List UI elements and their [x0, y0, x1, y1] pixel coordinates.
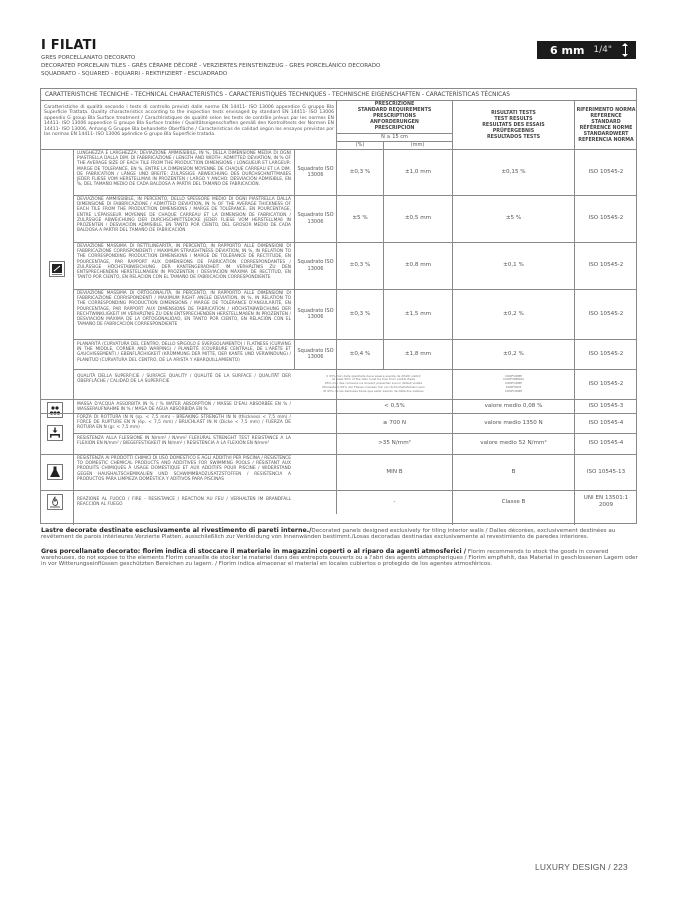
subtitle-line-3: SQUADRATO - SQUARED - EQUARRI - REKTIFIZ…	[41, 70, 227, 78]
requirement-line: El 95% de las baldosas tiene que estar e…	[323, 390, 423, 394]
row-11-result: Classe B	[453, 490, 574, 514]
row-9-reference: ISO 10545-4	[575, 433, 637, 454]
row-2-pct: ±5 %	[337, 195, 383, 242]
row-10-requirement: MIN B	[337, 454, 452, 490]
row-3-description: DEVIAZIONE MASSIMA DI RETTILINEARITÀ, IN…	[77, 244, 291, 280]
thickness-inch: 1/4"	[593, 45, 612, 55]
row-7-description: MASSA D'ACQUA ASSORBITA IN % / % WATER A…	[77, 402, 291, 412]
row-6-result: CONFORME CONFORMING CONFORME KONFORM CON…	[453, 369, 574, 399]
result-line: CONFORME	[505, 390, 522, 394]
row-2-description: DEVIAZIONE AMMISSIBILE, IN PERCENTO, DEL…	[77, 197, 291, 233]
row-6-reference: ISO 10545-2	[575, 369, 637, 399]
subtitle-line-2: DECORATED PORCELAIN TILES - GRÈS CÉRAME …	[41, 62, 380, 70]
water-drops-icon	[47, 402, 63, 418]
row-11-description: REAZIONE AL FUOCO / FIRE - RESISTANCE / …	[77, 497, 291, 507]
row-9-description: RESISTENZA ALLA FLESSIONE IN N/mm² / N/m…	[77, 436, 291, 446]
header-line: REFERENCE STANDARD	[575, 114, 637, 126]
table-intro: Caratteristiche di qualità secondo i tes…	[44, 105, 334, 137]
row-4-condition: Squadrato ISO 13006	[295, 289, 336, 339]
row-4-mm: ±1,5 mm	[384, 289, 452, 339]
header-line: REFERENCIA NORMA	[578, 138, 633, 144]
page-title: I FILATI	[41, 38, 97, 53]
note-wall-use: Lastre decorate destinate esclusivamente…	[41, 528, 638, 540]
reference-header: RIFERIMENTO NORMA REFERENCE STANDARD RÉF…	[575, 102, 637, 149]
row-11-reference: UNI EN 13501:1 2009	[575, 490, 637, 514]
row-8-description: FORZA DI ROTTURA IN N (sp. < 7,5 mm) - B…	[77, 415, 291, 431]
row-8-requirement: ≥ 700 N	[337, 413, 452, 433]
thickness-mm: 6 mm	[550, 44, 584, 57]
row-1-condition: Squadrato ISO 13006	[295, 149, 336, 195]
page-footer: LUXURY DESIGN / 223	[535, 862, 628, 872]
row-2-mm: ±0,5 mm	[384, 195, 452, 242]
row-7-result: valore medio 0,08 %	[453, 399, 574, 413]
row-5-reference: ISO 10545-2	[575, 339, 637, 369]
row-5-mm: ±1,8 mm	[384, 339, 452, 369]
row-6-requirement: Il 95% min delle piastrelle deve essere …	[295, 369, 452, 399]
row-5-description: PLANARITÀ (CURVATURA DEL CENTRO, DELLO S…	[77, 342, 291, 363]
straightness-square-icon	[49, 261, 65, 277]
row-5-condition: Squadrato ISO 13006	[295, 339, 336, 369]
flexural-strength-icon	[47, 425, 63, 441]
row-1-result: ±0,15 %	[453, 149, 574, 195]
results-header: RISULTATI TESTS TEST RESULTS RESULTATS D…	[453, 102, 574, 149]
row-3-pct: ±0,3 %	[337, 242, 383, 289]
row-10-result: B	[453, 454, 574, 490]
unit-mm: (mm)	[383, 141, 452, 149]
row-5-result: ±0,2 %	[453, 339, 574, 369]
row-4-description: DEVIAZIONE MASSIMA DI ORTOGONALITÀ, IN P…	[77, 291, 291, 327]
row-7-requirement: < 0,5%	[337, 399, 452, 413]
chemical-flask-icon	[47, 464, 63, 480]
row-5-pct: ±0,4 %	[337, 339, 383, 369]
thickness-badge: 6 mm 1/4"	[537, 41, 636, 59]
note-storage-bold: Gres porcellanato decorato: florim indic…	[41, 548, 466, 555]
unit-percent: (%)	[337, 141, 383, 149]
note-storage: Gres porcellanato decorato: florim indic…	[41, 549, 638, 568]
technical-characteristics-table: CARATTERISTICHE TECNICHE - TECHNICAL CHA…	[40, 88, 637, 524]
row-3-result: ±0,1 %	[453, 242, 574, 289]
row-9-result: valore medio 52 N/mm²	[453, 433, 574, 454]
row-1-reference: ISO 10545-2	[575, 149, 637, 195]
row-8-reference: ISO 10545-4	[575, 413, 637, 433]
row-1-pct: ±0,3 %	[337, 149, 383, 195]
row-4-pct: ±0,3 %	[337, 289, 383, 339]
fire-reaction-icon	[47, 494, 63, 510]
row-10-description: RESISTENZA AI PRODOTTI CHIMICI DI USO DO…	[77, 456, 291, 482]
row-9-requirement: >35 N/mm²	[337, 433, 452, 454]
subtitle-line-1: GRES PORCELLANATO DECORATO	[41, 54, 135, 62]
row-6-description: QUALITÀ DELLA SUPERFICIE / SURFACE QUALI…	[77, 374, 291, 384]
row-1-description: LUNGHEZZA E LARGHEZZA: DEVIAZIONE AMMISS…	[77, 151, 291, 187]
row-3-condition: Squadrato ISO 13006	[295, 242, 336, 289]
note-wall-use-bold: Lastre decorate destinate esclusivamente…	[41, 527, 311, 534]
thickness-arrows-icon	[622, 43, 628, 57]
header-line: PRESCRIPCION	[375, 126, 415, 132]
row-2-condition: Squadrato ISO 13006	[295, 195, 336, 242]
row-3-mm: ±0,8 mm	[384, 242, 452, 289]
row-10-reference: ISO 10545-13	[575, 454, 637, 490]
row-4-result: ±0,2 %	[453, 289, 574, 339]
prescription-size-note: N ≥ 15 cm	[337, 133, 452, 141]
row-8-result: valore medio 1350 N	[453, 413, 574, 433]
row-4-reference: ISO 10545-2	[575, 289, 637, 339]
header-line: RESULTADOS TESTS	[487, 135, 540, 141]
row-11-requirement: -	[337, 490, 452, 514]
row-1-mm: ±1,0 mm	[384, 149, 452, 195]
row-2-result: ±5 %	[453, 195, 574, 242]
row-2-reference: ISO 10545-2	[575, 195, 637, 242]
prescription-header: PRESCRIZIONE STANDARD REQUIREMENTS PRESC…	[337, 102, 452, 132]
row-3-reference: ISO 10545-2	[575, 242, 637, 289]
table-caption: CARATTERISTICHE TECNICHE - TECHNICAL CHA…	[41, 89, 636, 101]
row-7-reference: ISO 10545-3	[575, 399, 637, 413]
